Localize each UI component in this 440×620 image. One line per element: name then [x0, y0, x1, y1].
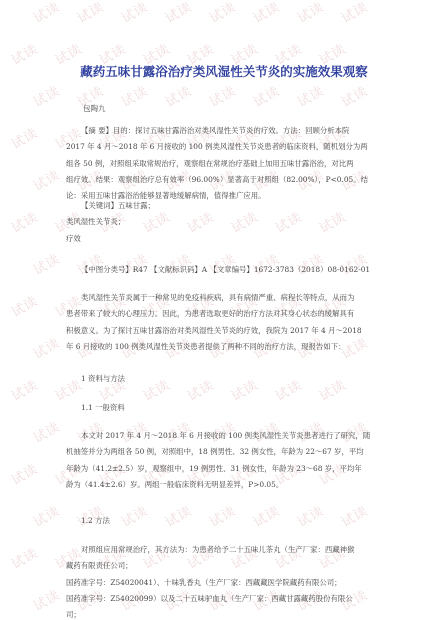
- watermark-text: 试读: [29, 164, 63, 194]
- abstract-line: 【摘 要】目的：探讨五味甘露浴治对类风湿性关节炎的疗效。方法：回顾分析本院: [66, 123, 382, 139]
- watermark-text: 试读: [7, 38, 41, 68]
- watermark-text: 试读: [293, 0, 327, 27]
- document-title: 藏药五味甘露浴治疗类风湿性关节炎的实施效果观察: [66, 62, 382, 80]
- watermark-text: 试读: [29, 332, 63, 362]
- watermark-text: 试读: [7, 542, 41, 572]
- watermark-text: 试读: [161, 0, 195, 27]
- introduction: 类风湿性关节炎属于一种常见的免疫科疾病，具有病情严重、病程长等特点，从而为 患者…: [66, 290, 382, 355]
- watermark-text: 试读: [337, 0, 371, 27]
- intro-line: 积极意义。为了探讨五味甘露浴治对类风湿性关节炎的疗效，我院为 2017 年 4 …: [66, 323, 382, 339]
- author-name: 包陶九: [83, 103, 106, 114]
- classification-line: 【中图分类号】R47 【文献标识码】A 【文章编号】1672-3783（2018…: [66, 262, 382, 278]
- watermark-text: 试读: [249, 0, 283, 27]
- intro-line: 年 6 月接收的 100 例类风湿性关节炎患者提供了两种不同的治疗方法，现报告如…: [66, 339, 382, 355]
- watermark-text: 试读: [29, 416, 63, 446]
- watermark-text: 试读: [7, 206, 41, 236]
- watermark-text: 试读: [7, 122, 41, 152]
- abstract-line: 组各 50 例，对照组采取常规治疗，观察组在常规治疗基础上加用五味甘露浴治，对比…: [66, 156, 382, 172]
- section-1-2-body: 对照组应用常规治疗，其方法为：为患者给予二十五味儿茶丸（生产厂家：西藏神猴 藏药…: [66, 542, 382, 620]
- keywords-label: 【关键词】五味甘露；: [66, 198, 382, 214]
- watermark-text: 试读: [29, 80, 63, 110]
- watermark-text: 试读: [249, 80, 283, 110]
- keyword-line: 类风湿性关节炎；: [66, 214, 382, 230]
- keyword-line: 疗效: [66, 231, 382, 247]
- section-1-1-heading: 1.1 一般资料: [66, 400, 382, 416]
- section-1-heading: 1 资料与方法: [66, 371, 382, 387]
- abstract-line: 2017 年 4 月～2018 年 6 月接收的 100 例类风湿性关节炎患者的…: [66, 139, 382, 155]
- watermark-text: 试读: [7, 290, 41, 320]
- watermark-text: 试读: [205, 0, 239, 27]
- watermark-text: 试读: [293, 80, 327, 110]
- watermark-text: 试读: [29, 584, 63, 614]
- watermark-text: 试读: [117, 0, 151, 27]
- abstract: 【摘 要】目的：探讨五味甘露浴治对类风湿性关节炎的疗效。方法：回顾分析本院 20…: [66, 123, 382, 204]
- keywords: 【关键词】五味甘露； 类风湿性关节炎； 疗效: [66, 198, 382, 247]
- watermark-text: 试读: [29, 500, 63, 530]
- watermark-text: 试读: [7, 374, 41, 404]
- intro-line: 患者带来了较大的心理压力。因此，为患者选取更好的治疗方法对其身心状态的缓解具有: [66, 306, 382, 322]
- section-1-1-body: 本文对 2017 年 4 月～2018 年 6 月接收的 100 例类风湿性关节…: [66, 428, 382, 493]
- watermark-text: 试读: [7, 458, 41, 488]
- abstract-line: 组疗效。结果：观察组治疗总有效率（96.00%）显著高于对照组（82.00%），…: [66, 172, 382, 188]
- watermark-text: 试读: [205, 80, 239, 110]
- watermark-text: 试读: [117, 80, 151, 110]
- watermark-text: 试读: [161, 80, 195, 110]
- watermark-text: 试读: [73, 0, 107, 27]
- section-1-2-heading: 1.2 方法: [66, 513, 382, 529]
- watermark-text: 试读: [29, 248, 63, 278]
- watermark-text: 试读: [29, 0, 63, 27]
- watermark-text: 试读: [337, 80, 371, 110]
- intro-line: 类风湿性关节炎属于一种常见的免疫科疾病，具有病情严重、病程长等特点，从而为: [66, 290, 382, 306]
